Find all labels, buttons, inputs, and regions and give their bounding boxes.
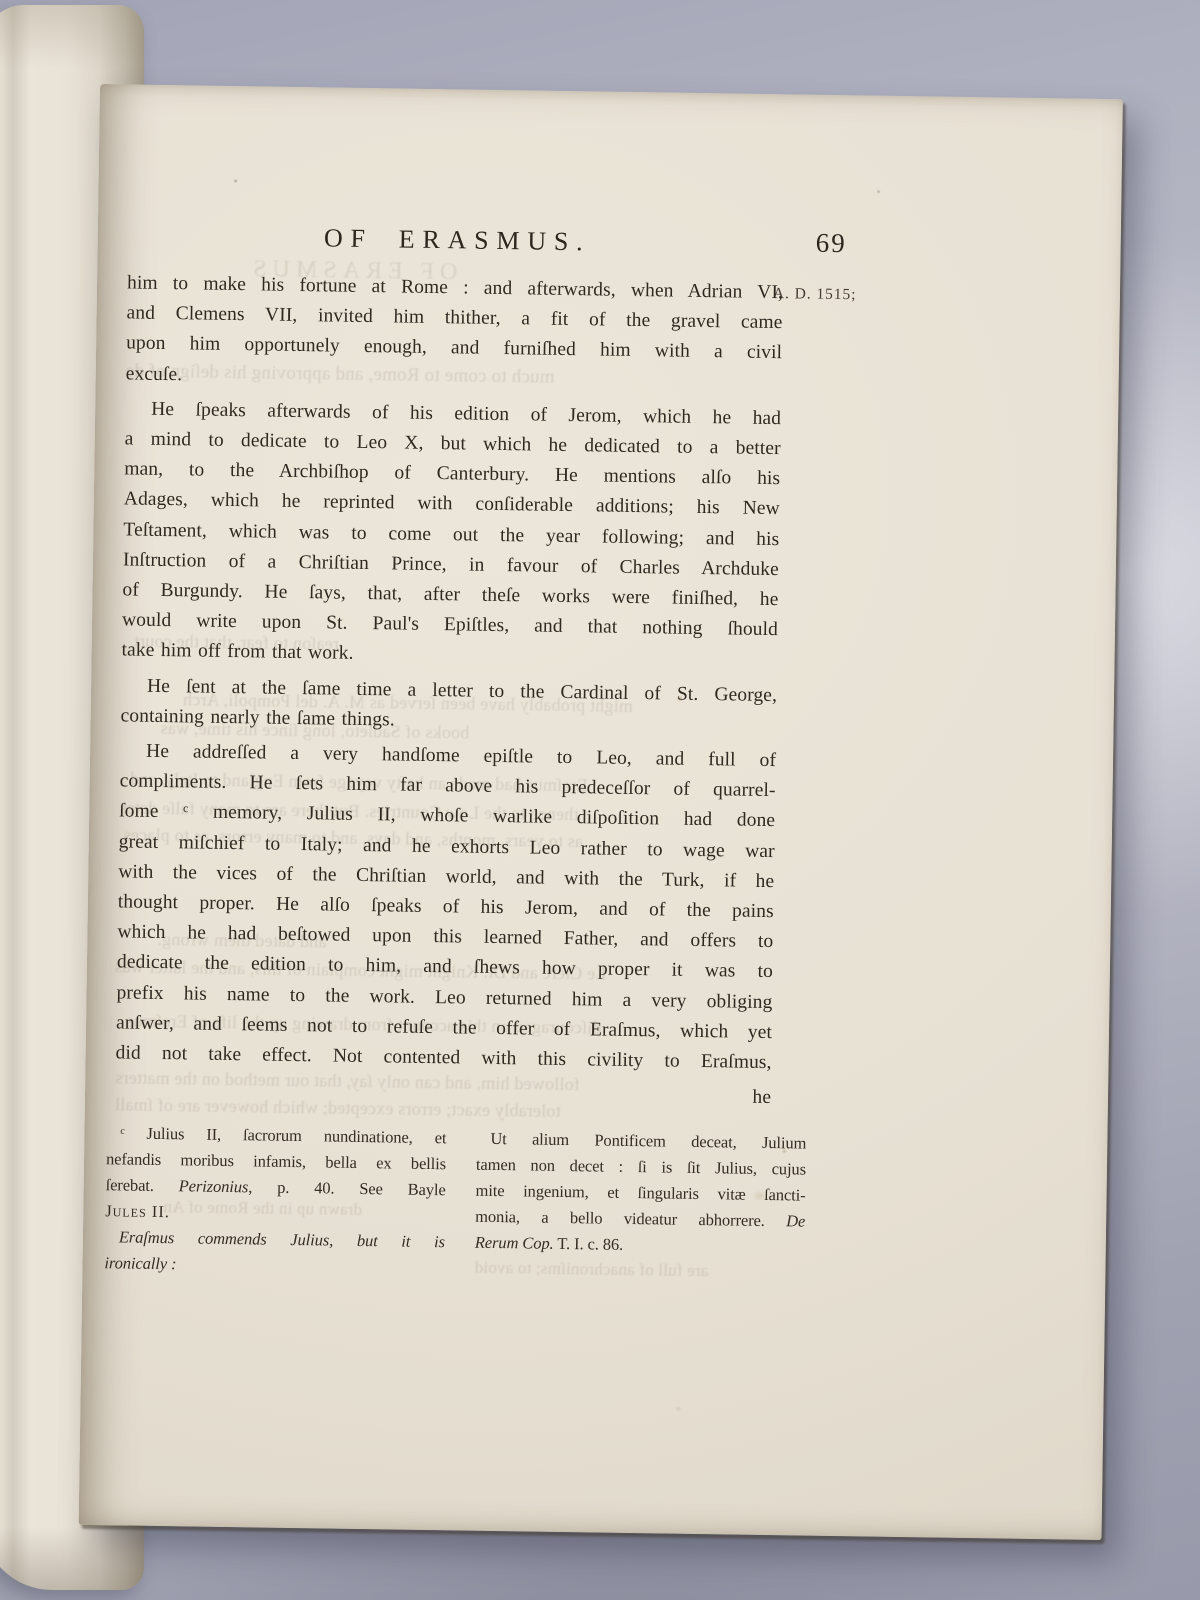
book-page: OF ERASMUS much to come to Rome, and app… [79,84,1123,1540]
footnote-column-left: ᶜ Julius II, ſacrorum nundinatione, et n… [104,1120,446,1281]
page-number: 69 [815,228,846,259]
footnote-column-right: Ut alium Pontificem deceat, Julium tamen… [474,1126,806,1287]
footnote-text: ſerebat. [106,1175,179,1195]
footnote-text-italic: Perizonius [179,1176,249,1196]
paragraph: him to make his fortune at Rome : and af… [125,268,783,399]
footnotes: ᶜ Julius II, ſacrorum nundinatione, et n… [104,1120,806,1286]
margin-date-note: A. D. 1515; [773,285,857,304]
paragraph: He ſent at the ſame time a letter to the… [120,671,777,741]
footnote-line: ironically : [104,1250,444,1281]
paragraph: He addreſſed a very handſome epiſtle to … [115,736,776,1078]
photo-backdrop: OF ERASMUS much to come to Rome, and app… [0,0,1200,1600]
footnote-text-italic: De [786,1211,805,1230]
running-head: OF ERASMUS. [130,220,785,260]
footnote-text-italic: Rerum Cop. [475,1233,554,1253]
footnote-text: T. I. c. 86. [553,1234,623,1254]
paragraph: He ſpeaks afterwards of his edition of J… [121,394,781,676]
footnote-text: monia, a bello videatur abhorrere. [475,1207,786,1231]
footnote-line: Rerum Cop. T. I. c. 86. [475,1230,805,1261]
body-text: him to make his fortune at Rome : and af… [115,268,783,1113]
footnote-text: , p. 40. See Bayle [248,1177,446,1199]
